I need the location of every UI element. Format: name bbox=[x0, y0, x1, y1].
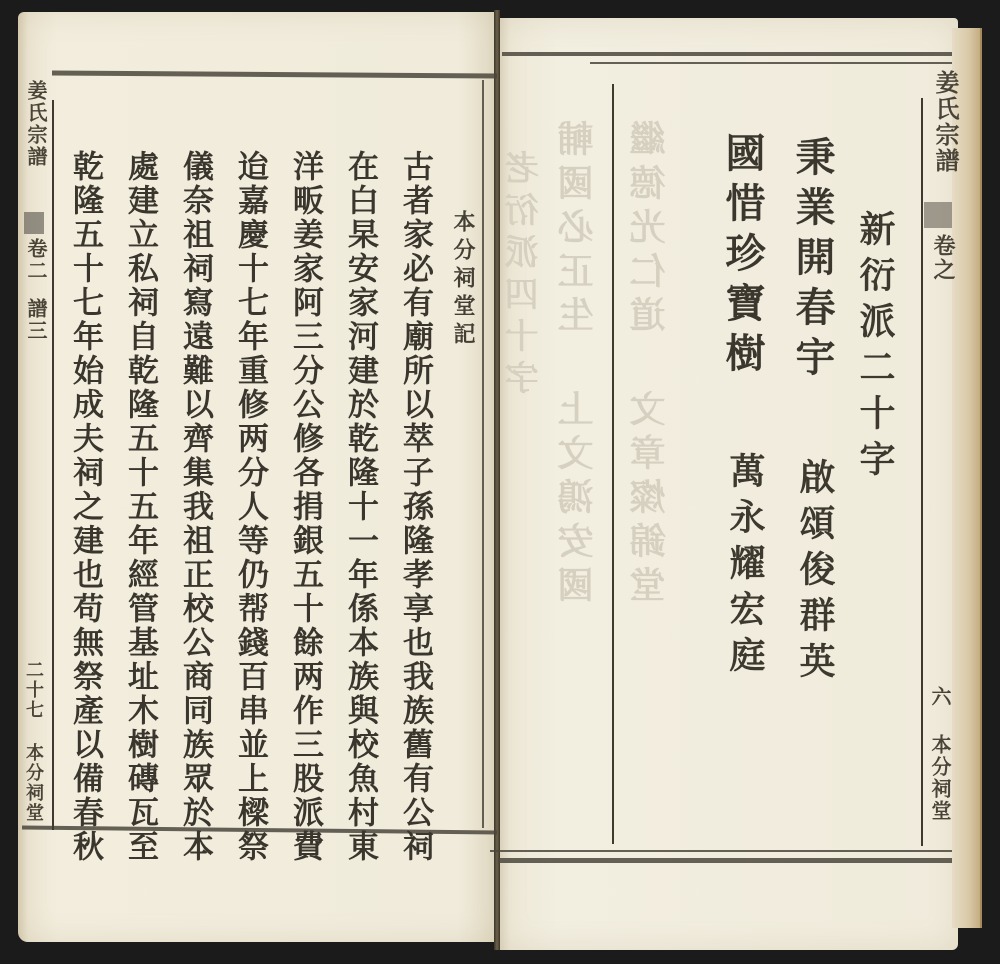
right-margin-title: 姜氏宗譜 bbox=[928, 70, 963, 174]
left-margin-volume: 卷二 bbox=[22, 238, 51, 282]
left-margin-footer: 二十七 本分祠堂 bbox=[20, 660, 46, 823]
right-margin-fishtail bbox=[924, 202, 952, 228]
right-margin-line bbox=[921, 98, 923, 846]
right-top-border bbox=[502, 52, 952, 56]
show-through-line-2: 輔國必正生 上文鴻安國 bbox=[552, 120, 603, 610]
right-margin-volume: 卷之 bbox=[928, 234, 959, 282]
left-inner-line bbox=[482, 80, 484, 828]
right-bottom-thick bbox=[498, 858, 952, 863]
lineage-heading: 新衍派二十字 bbox=[850, 210, 901, 486]
text-column-4: 迨嘉慶十七年重修两分人等仍帮錢百串並上樑祭 bbox=[233, 150, 267, 864]
text-column-3: 洋畈姜家阿三分公修各捐銀五十餘两作三股派費 bbox=[288, 150, 322, 864]
right-bottom-border bbox=[490, 850, 952, 852]
right-margin-footer: 六 本分祠堂 bbox=[926, 686, 955, 822]
text-column-6: 處建立私祠自乾隆五十五年經管基址木樹磚瓦至 bbox=[123, 150, 157, 864]
show-through-line-1: 繼德光仁道 文章燦錦堂 bbox=[620, 120, 680, 610]
text-column-1: 古者家必有廟所以萃子孫隆孝享也我族舊有公祠 bbox=[398, 150, 432, 864]
left-margin-title: 姜氏宗譜 bbox=[22, 80, 51, 168]
verse-col-1-top: 秉業開春宇 bbox=[784, 136, 841, 386]
article-title: 本分祠堂記 bbox=[448, 210, 479, 350]
left-margin-line bbox=[52, 100, 54, 830]
verse-col-1-bottom: 啟頌俊群英 bbox=[790, 458, 841, 688]
left-margin-fishtail bbox=[24, 212, 44, 234]
verse-col-2-bottom: 萬永耀宏庭 bbox=[720, 452, 771, 682]
verse-col-2-top: 國惜珍寶樹 bbox=[714, 132, 771, 382]
left-margin-section: 譜三 bbox=[22, 298, 51, 342]
text-column-7: 乾隆五十七年始成夫祠之建也苟無祭產以備春秋 bbox=[68, 150, 102, 864]
text-column-5: 儀奈祖祠寫遠難以齊集我祖正校公商同族眾於本 bbox=[178, 150, 212, 864]
right-column-divider bbox=[612, 84, 614, 844]
text-column-2: 在白杲安家河建於乾隆十一年係本族與校魚村東 bbox=[343, 150, 377, 864]
show-through-heading: 老衍派四十字 bbox=[500, 150, 549, 402]
right-top-thin bbox=[590, 62, 952, 64]
